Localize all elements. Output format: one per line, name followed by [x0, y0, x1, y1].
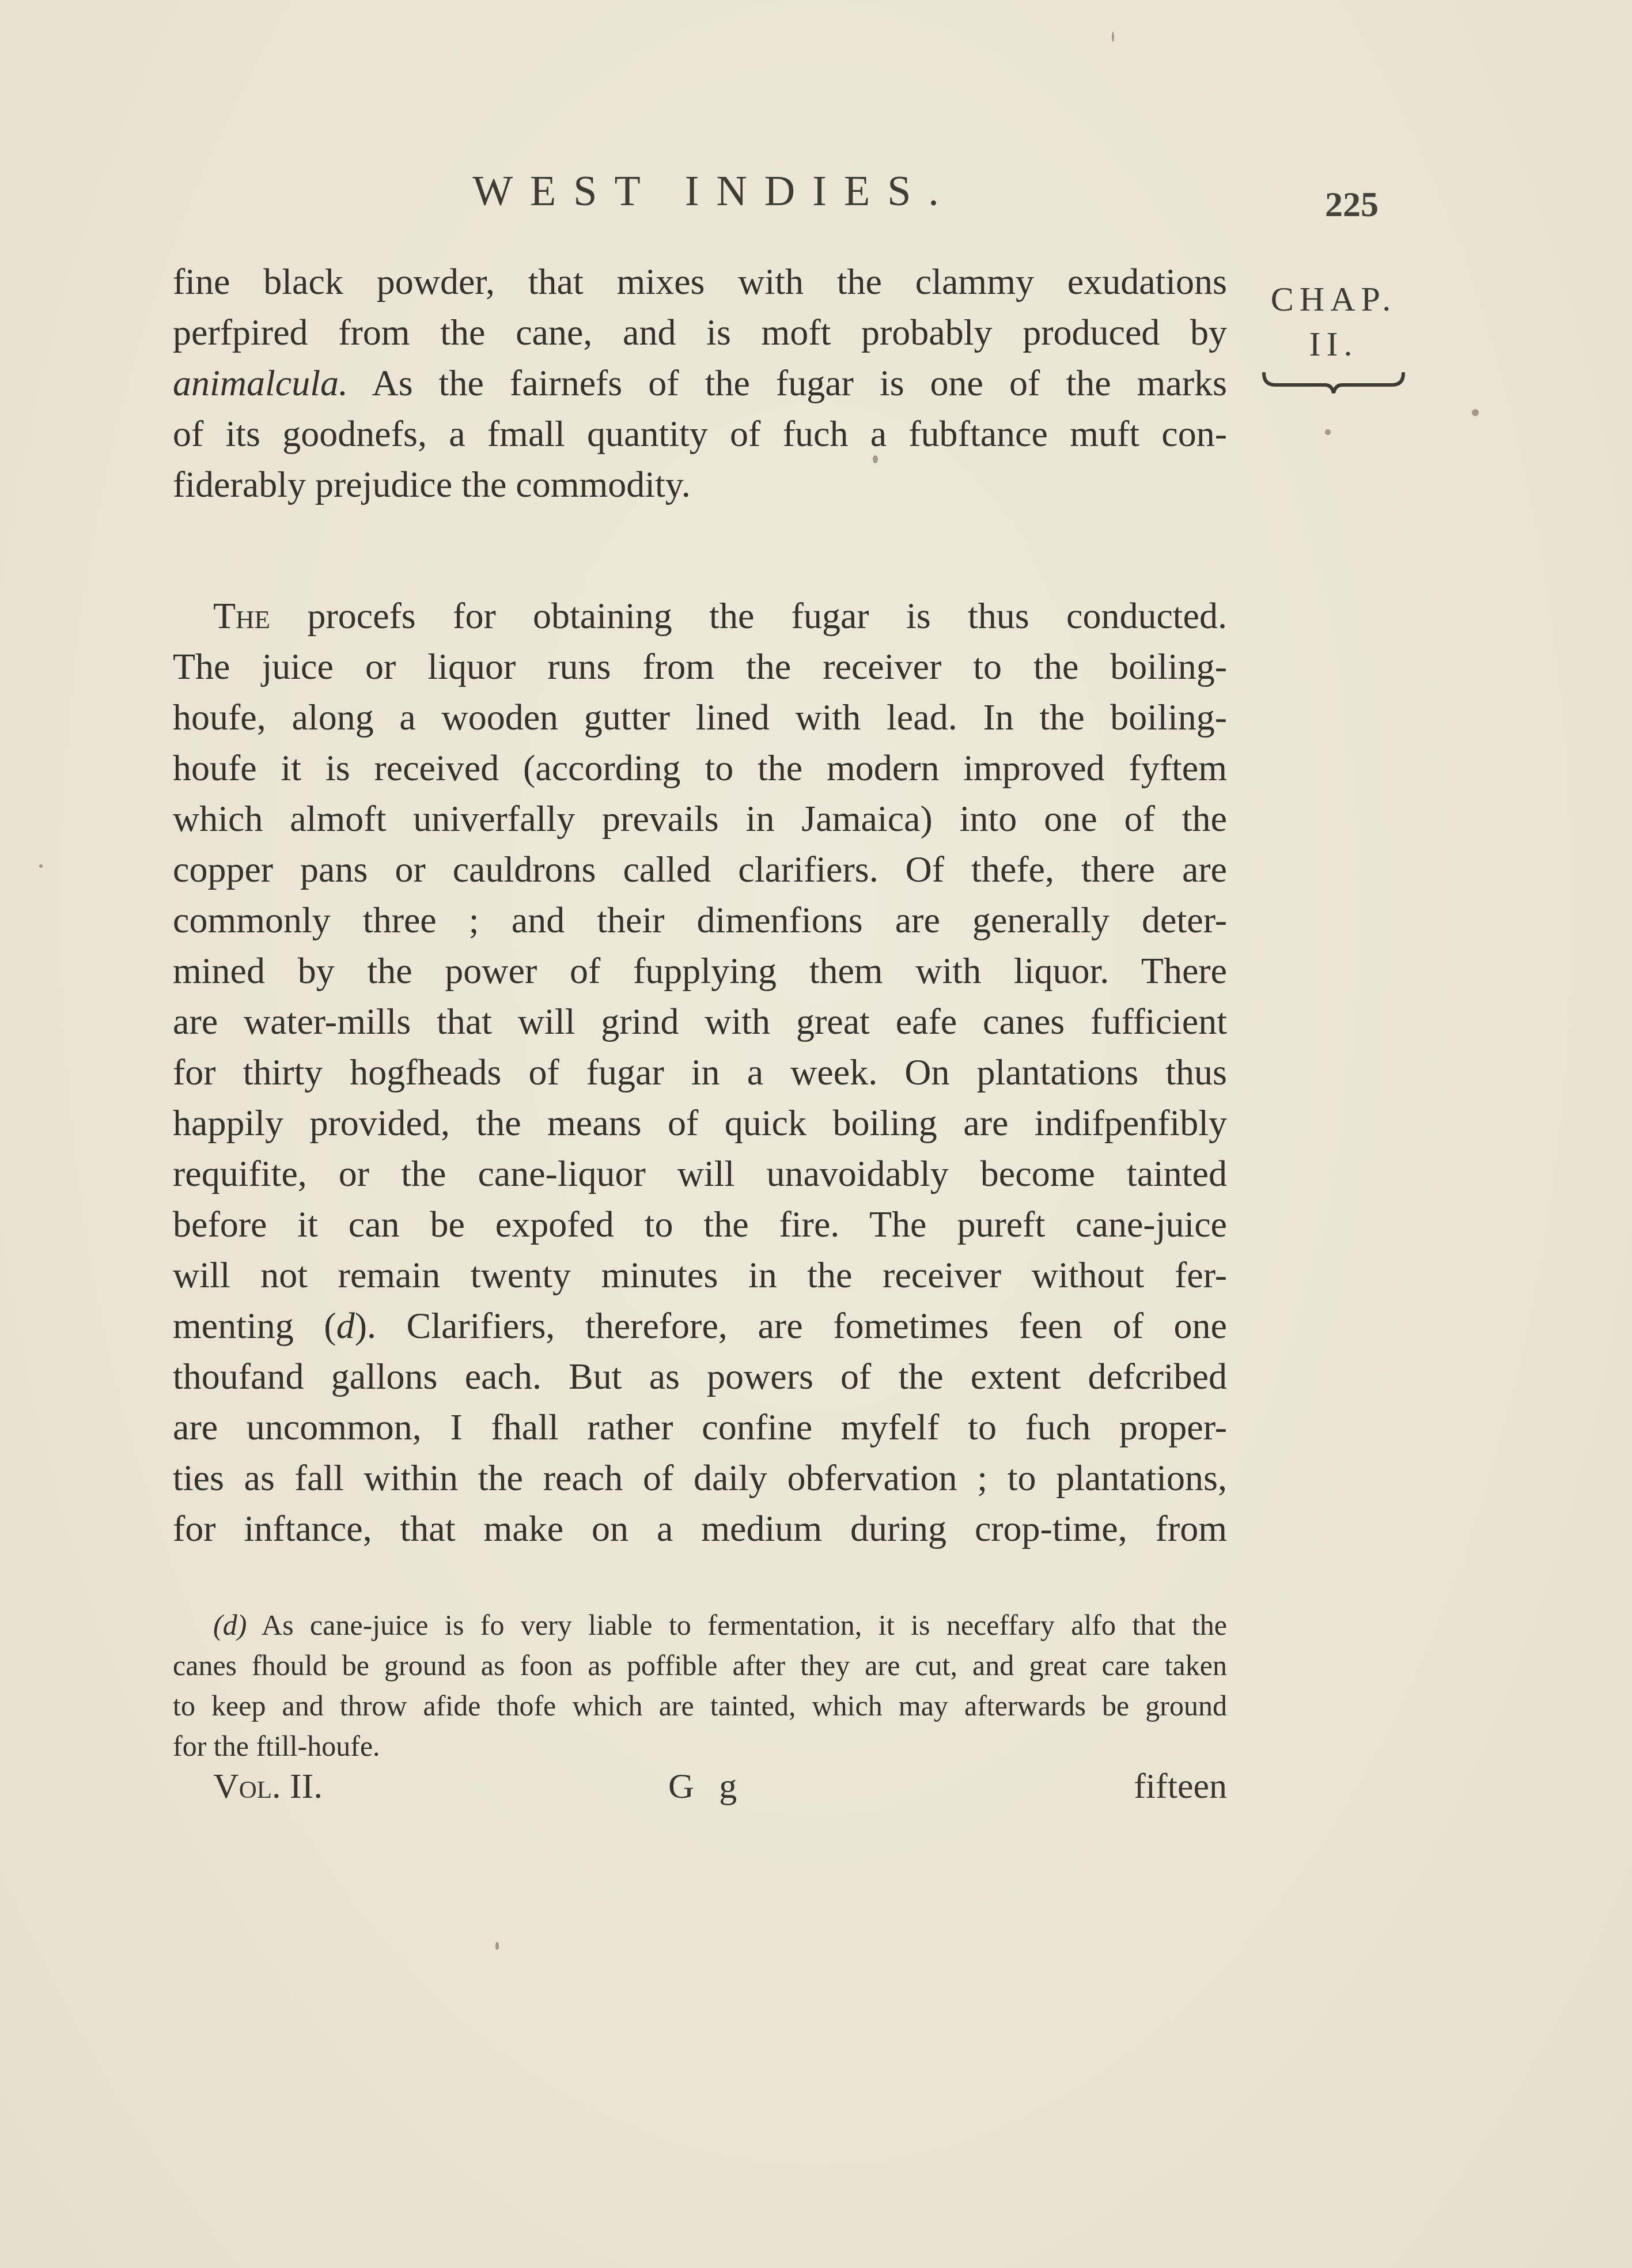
footnote-line: canes fhould be ground as foon as poffib… [173, 1645, 1227, 1685]
text-line: fiderably prejudice the commodity. [173, 459, 1227, 510]
text-line: mined by the power of fupplying them wit… [173, 946, 1227, 996]
main-text: fine black powder, that mixes with the c… [173, 256, 1227, 1554]
text-line: will not remain twenty minutes in the re… [173, 1250, 1227, 1301]
paper-speck [1112, 32, 1114, 42]
text-line: are water-mills that will grind with gre… [173, 996, 1227, 1047]
text-line: requifite, or the cane-liquor will unavo… [173, 1148, 1227, 1199]
paragraph-2: The procefs for obtaining the fugar is t… [173, 591, 1227, 1554]
paper-speck [1325, 429, 1331, 435]
footnote-block: (d) As cane-juice is fo very liable to f… [173, 1605, 1227, 1766]
text-line: thoufand gallons each. But as powers of … [173, 1351, 1227, 1402]
footnote-marker: (d) [213, 1609, 247, 1641]
text-line: copper pans or cauldrons called clarifie… [173, 844, 1227, 895]
text-line: for thirty hogfheads of fugar in a week.… [173, 1047, 1227, 1098]
text-line: houfe it is received (according to the m… [173, 743, 1227, 793]
text-line: menting (d). Clarifiers, therefore, are … [173, 1301, 1227, 1351]
paragraph-1: fine black powder, that mixes with the c… [173, 256, 1227, 510]
text-line: for inftance, that make on a medium duri… [173, 1503, 1227, 1554]
text-line: animalcula. As the fairnefs of the fugar… [173, 358, 1227, 409]
paper-speck [495, 1942, 499, 1950]
chapter-margin-note: CHAP. II. [1259, 277, 1408, 395]
paper-speck [873, 455, 878, 463]
signature-mark: G g [668, 1766, 745, 1807]
footnote-line: (d) As cane-juice is fo very liable to f… [173, 1605, 1227, 1645]
text-line: houfe, along a wooden gutter lined with … [173, 692, 1227, 743]
text-line: which almoft univerfally prevails in Jam… [173, 793, 1227, 844]
text-line: fine black powder, that mixes with the c… [173, 256, 1227, 307]
text-line: are uncommon, I fhall rather confine myf… [173, 1402, 1227, 1453]
running-head: WEST INDIES. [438, 167, 991, 216]
italic-term: animalcula. [173, 362, 348, 403]
text-line: before it can be expofed to the fire. Th… [173, 1199, 1227, 1250]
chapter-label: CHAP. [1259, 277, 1408, 322]
page-footer: Vol. II. G g fifteen [173, 1766, 1227, 1818]
footnote-reference[interactable]: d [336, 1305, 355, 1346]
text-line: The juice or liquor runs from the receiv… [173, 641, 1227, 692]
text-line: of its goodnefs, a fmall quantity of fuc… [173, 409, 1227, 459]
book-page: WEST INDIES. 225 CHAP. II. fine black po… [0, 0, 1632, 2268]
curly-brace-icon [1262, 372, 1406, 395]
catchword: fifteen [1134, 1766, 1227, 1807]
paragraph-gap [173, 510, 1227, 591]
text-line: perfpired from the cane, and is moft pro… [173, 307, 1227, 358]
text-line: The procefs for obtaining the fugar is t… [173, 591, 1227, 641]
chapter-number: II. [1259, 322, 1408, 366]
volume-label: Vol. II. [213, 1766, 323, 1807]
footnote-line: to keep and throw afide thofe which are … [173, 1685, 1227, 1726]
paper-speck [1472, 409, 1479, 416]
footnote-line: for the ftill-houfe. [173, 1726, 1227, 1766]
paper-speck [39, 864, 43, 868]
text-line: ties as fall within the reach of daily o… [173, 1453, 1227, 1503]
text-line: happily provided, the means of quick boi… [173, 1098, 1227, 1148]
lead-word: The [213, 595, 270, 636]
page-number: 225 [1325, 184, 1379, 225]
text-line: commonly three ; and their dimenfions ar… [173, 895, 1227, 946]
